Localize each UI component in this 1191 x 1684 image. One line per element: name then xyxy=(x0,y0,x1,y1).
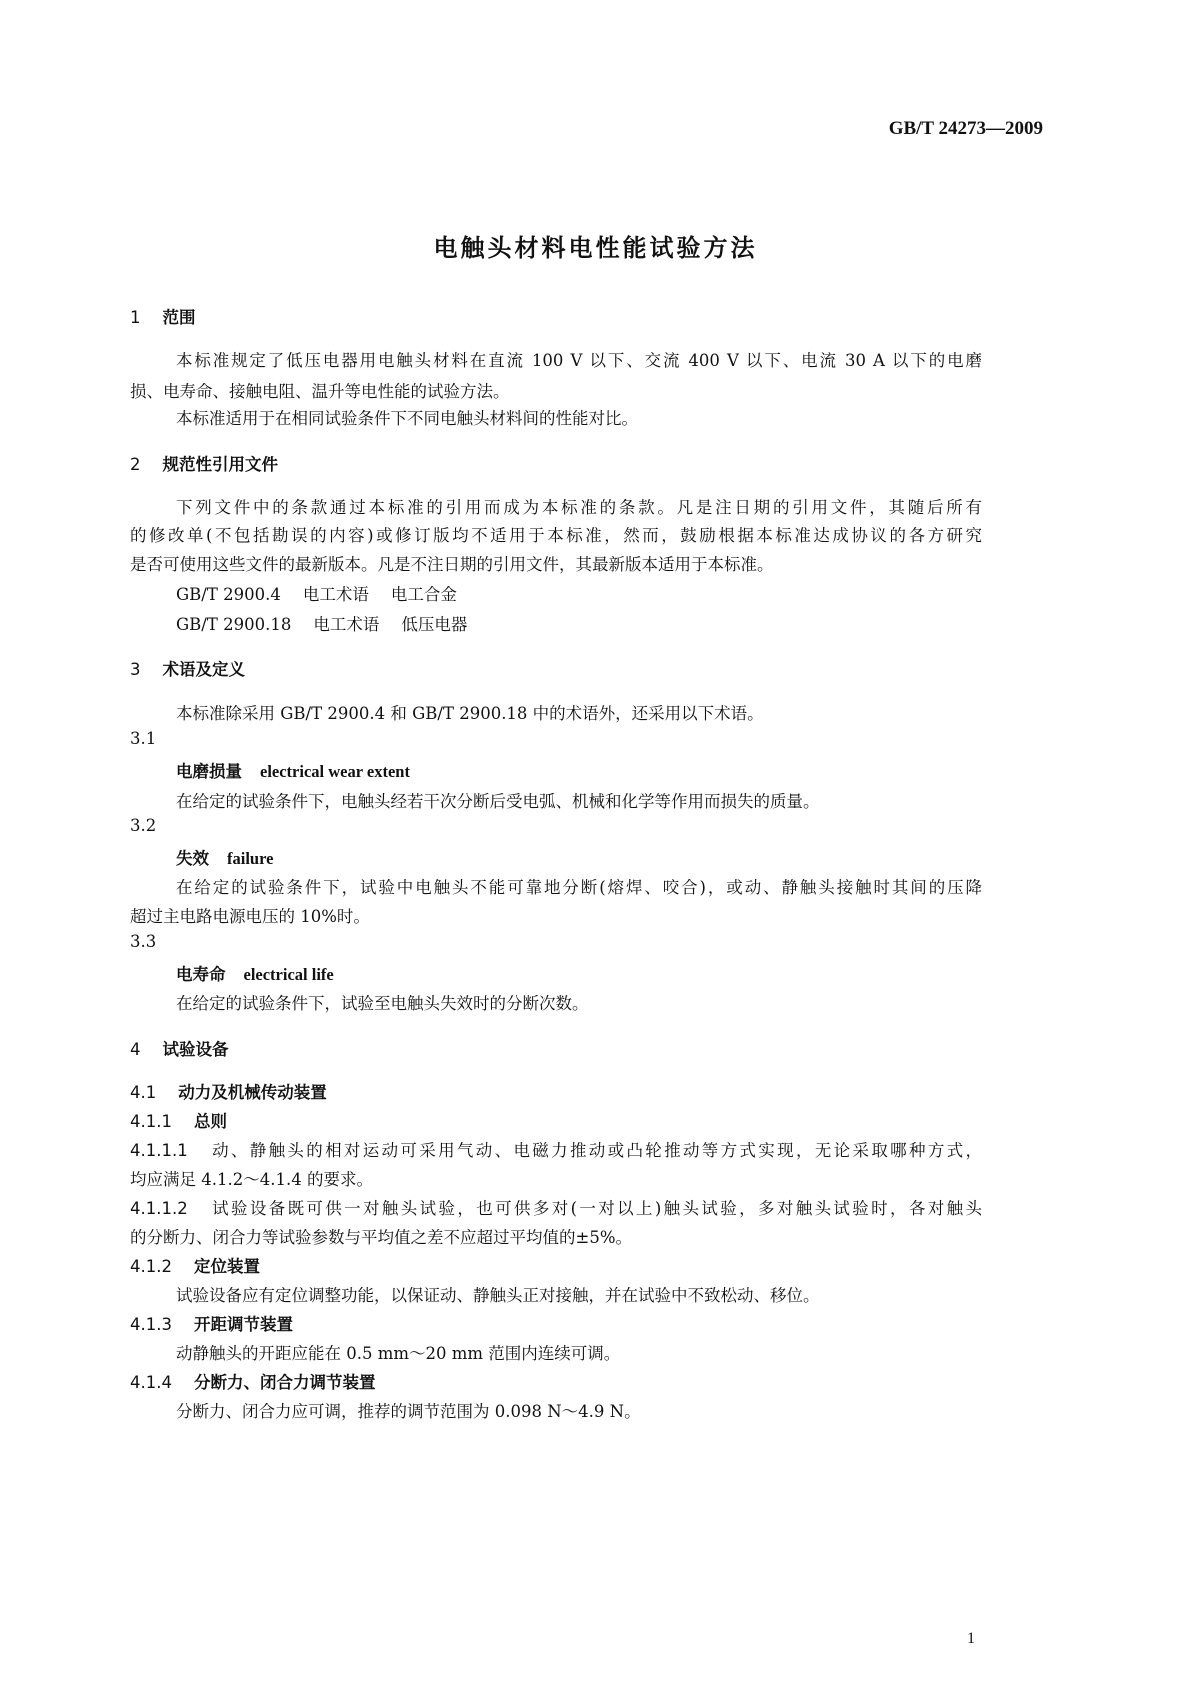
subsection-4-1-heading: 4.1动力及机械传动装置 xyxy=(130,1079,327,1103)
term-definition: 在给定的试验条件下，试验至电触头失效时的分断次数。 xyxy=(176,990,589,1014)
paragraph: 的修改单(不包括勘误的内容)或修订版均不适用于本标准，然而，鼓励根据本标准达成协… xyxy=(130,522,982,546)
term-number: 3.3 xyxy=(130,932,156,951)
clause-text: 的分断力、闭合力等试验参数与平均值之差不应超过平均值的±5%。 xyxy=(130,1224,632,1248)
section-number: 4 xyxy=(130,1040,141,1059)
section-2-heading: 2规范性引用文件 xyxy=(130,451,278,475)
section-title: 规范性引用文件 xyxy=(163,455,279,474)
subsection-title: 总则 xyxy=(194,1112,227,1131)
clause-4-1-1-2: 4.1.1.2试验设备既可供一对触头试验，也可供多对(一对以上)触头试验，多对触… xyxy=(130,1195,982,1219)
subsection-4-1-1-heading: 4.1.1总则 xyxy=(130,1108,227,1132)
clause-number: 4.1.1.1 xyxy=(130,1141,188,1160)
subsection-number: 4.1.1 xyxy=(130,1112,172,1131)
reference-title: 电工术语 xyxy=(303,585,369,604)
standard-number: GB/T 24273—2009 xyxy=(889,118,1043,140)
section-title: 试验设备 xyxy=(163,1040,229,1059)
clause-text: 试验设备既可供一对触头试验，也可供多对(一对以上)触头试验，多对触头试验时，各对… xyxy=(210,1199,982,1218)
term-definition: 超过主电路电源电压的 10%时。 xyxy=(130,903,370,927)
page-number: 1 xyxy=(967,1630,975,1648)
subsection-number: 4.1 xyxy=(130,1083,156,1102)
reference-item: GB/T 2900.18电工术语低压电器 xyxy=(176,611,467,635)
reference-subtitle: 电工合金 xyxy=(391,585,457,604)
subsection-title: 定位装置 xyxy=(194,1257,260,1276)
term-zh: 失效 xyxy=(176,849,209,868)
paragraph: 下列文件中的条款通过本标准的引用而成为本标准的条款。凡是注日期的引用文件，其随后… xyxy=(176,494,982,518)
paragraph: 本标准除采用 GB/T 2900.4 和 GB/T 2900.18 中的术语外，… xyxy=(176,700,764,724)
subsection-4-1-2-heading: 4.1.2定位装置 xyxy=(130,1253,260,1277)
subsection-4-1-3-heading: 4.1.3开距调节装置 xyxy=(130,1311,293,1335)
term-en: electrical life xyxy=(244,965,334,984)
section-4-heading: 4试验设备 xyxy=(130,1036,229,1060)
subsection-number: 4.1.4 xyxy=(130,1373,172,1392)
section-3-heading: 3术语及定义 xyxy=(130,656,245,680)
term-number: 3.2 xyxy=(130,816,156,835)
clause-text: 试验设备应有定位调整功能，以保证动、静触头正对接触，并在试验中不致松动、移位。 xyxy=(176,1282,820,1306)
term-heading: 电磨损量electrical wear extent xyxy=(176,758,410,782)
subsection-title: 动力及机械传动装置 xyxy=(178,1083,327,1102)
reference-subtitle: 低压电器 xyxy=(401,615,467,634)
paragraph: 本标准规定了低压电器用电触头材料在直流 100 V 以下、交流 400 V 以下… xyxy=(176,347,982,371)
section-1-heading: 1范围 xyxy=(130,304,196,328)
term-definition: 在给定的试验条件下，试验中电触头不能可靠地分断(熔焊、咬合)，或动、静触头接触时… xyxy=(176,874,982,898)
clause-text: 动静触头的开距应能在 0.5 mm～20 mm 范围内连续可调。 xyxy=(176,1340,620,1364)
clause-text: 分断力、闭合力应可调，推荐的调节范围为 0.098 N～4.9 N。 xyxy=(176,1398,641,1422)
subsection-number: 4.1.3 xyxy=(130,1315,172,1334)
term-heading: 电寿命electrical life xyxy=(176,961,334,985)
term-definition: 在给定的试验条件下，电触头经若干次分断后受电弧、机械和化学等作用而损失的质量。 xyxy=(176,788,820,812)
reference-code: GB/T 2900.4 xyxy=(176,585,281,604)
section-number: 1 xyxy=(130,308,141,327)
subsection-title: 分断力、闭合力调节装置 xyxy=(194,1373,376,1392)
term-number: 3.1 xyxy=(130,729,156,748)
term-heading: 失效failure xyxy=(176,845,273,869)
reference-title: 电工术语 xyxy=(313,615,379,634)
clause-4-1-1-1: 4.1.1.1动、静触头的相对运动可采用气动、电磁力推动或凸轮推动等方式实现，无… xyxy=(130,1137,982,1161)
term-zh: 电磨损量 xyxy=(176,762,242,781)
term-en: failure xyxy=(227,849,273,868)
section-title: 范围 xyxy=(163,308,196,327)
section-number: 2 xyxy=(130,455,141,474)
reference-item: GB/T 2900.4电工术语电工合金 xyxy=(176,581,457,605)
section-number: 3 xyxy=(130,660,141,679)
subsection-title: 开距调节装置 xyxy=(194,1315,293,1334)
reference-code: GB/T 2900.18 xyxy=(176,615,291,634)
term-zh: 电寿命 xyxy=(176,965,226,984)
clause-number: 4.1.1.2 xyxy=(130,1199,188,1218)
paragraph: 损、电寿命、接触电阻、温升等电性能的试验方法。 xyxy=(130,378,510,402)
paragraph: 本标准适用于在相同试验条件下不同电触头材料间的性能对比。 xyxy=(176,405,638,429)
subsection-4-1-4-heading: 4.1.4分断力、闭合力调节装置 xyxy=(130,1369,375,1393)
document-title: 电触头材料电性能试验方法 xyxy=(0,228,1191,263)
paragraph: 是否可使用这些文件的最新版本。凡是不注日期的引用文件，其最新版本适用于本标准。 xyxy=(130,551,774,575)
section-title: 术语及定义 xyxy=(163,660,246,679)
term-en: electrical wear extent xyxy=(260,762,410,781)
clause-text: 均应满足 4.1.2～4.1.4 的要求。 xyxy=(130,1166,373,1190)
subsection-number: 4.1.2 xyxy=(130,1257,172,1276)
clause-text: 动、静触头的相对运动可采用气动、电磁力推动或凸轮推动等方式实现，无论采取哪种方式… xyxy=(210,1141,982,1160)
